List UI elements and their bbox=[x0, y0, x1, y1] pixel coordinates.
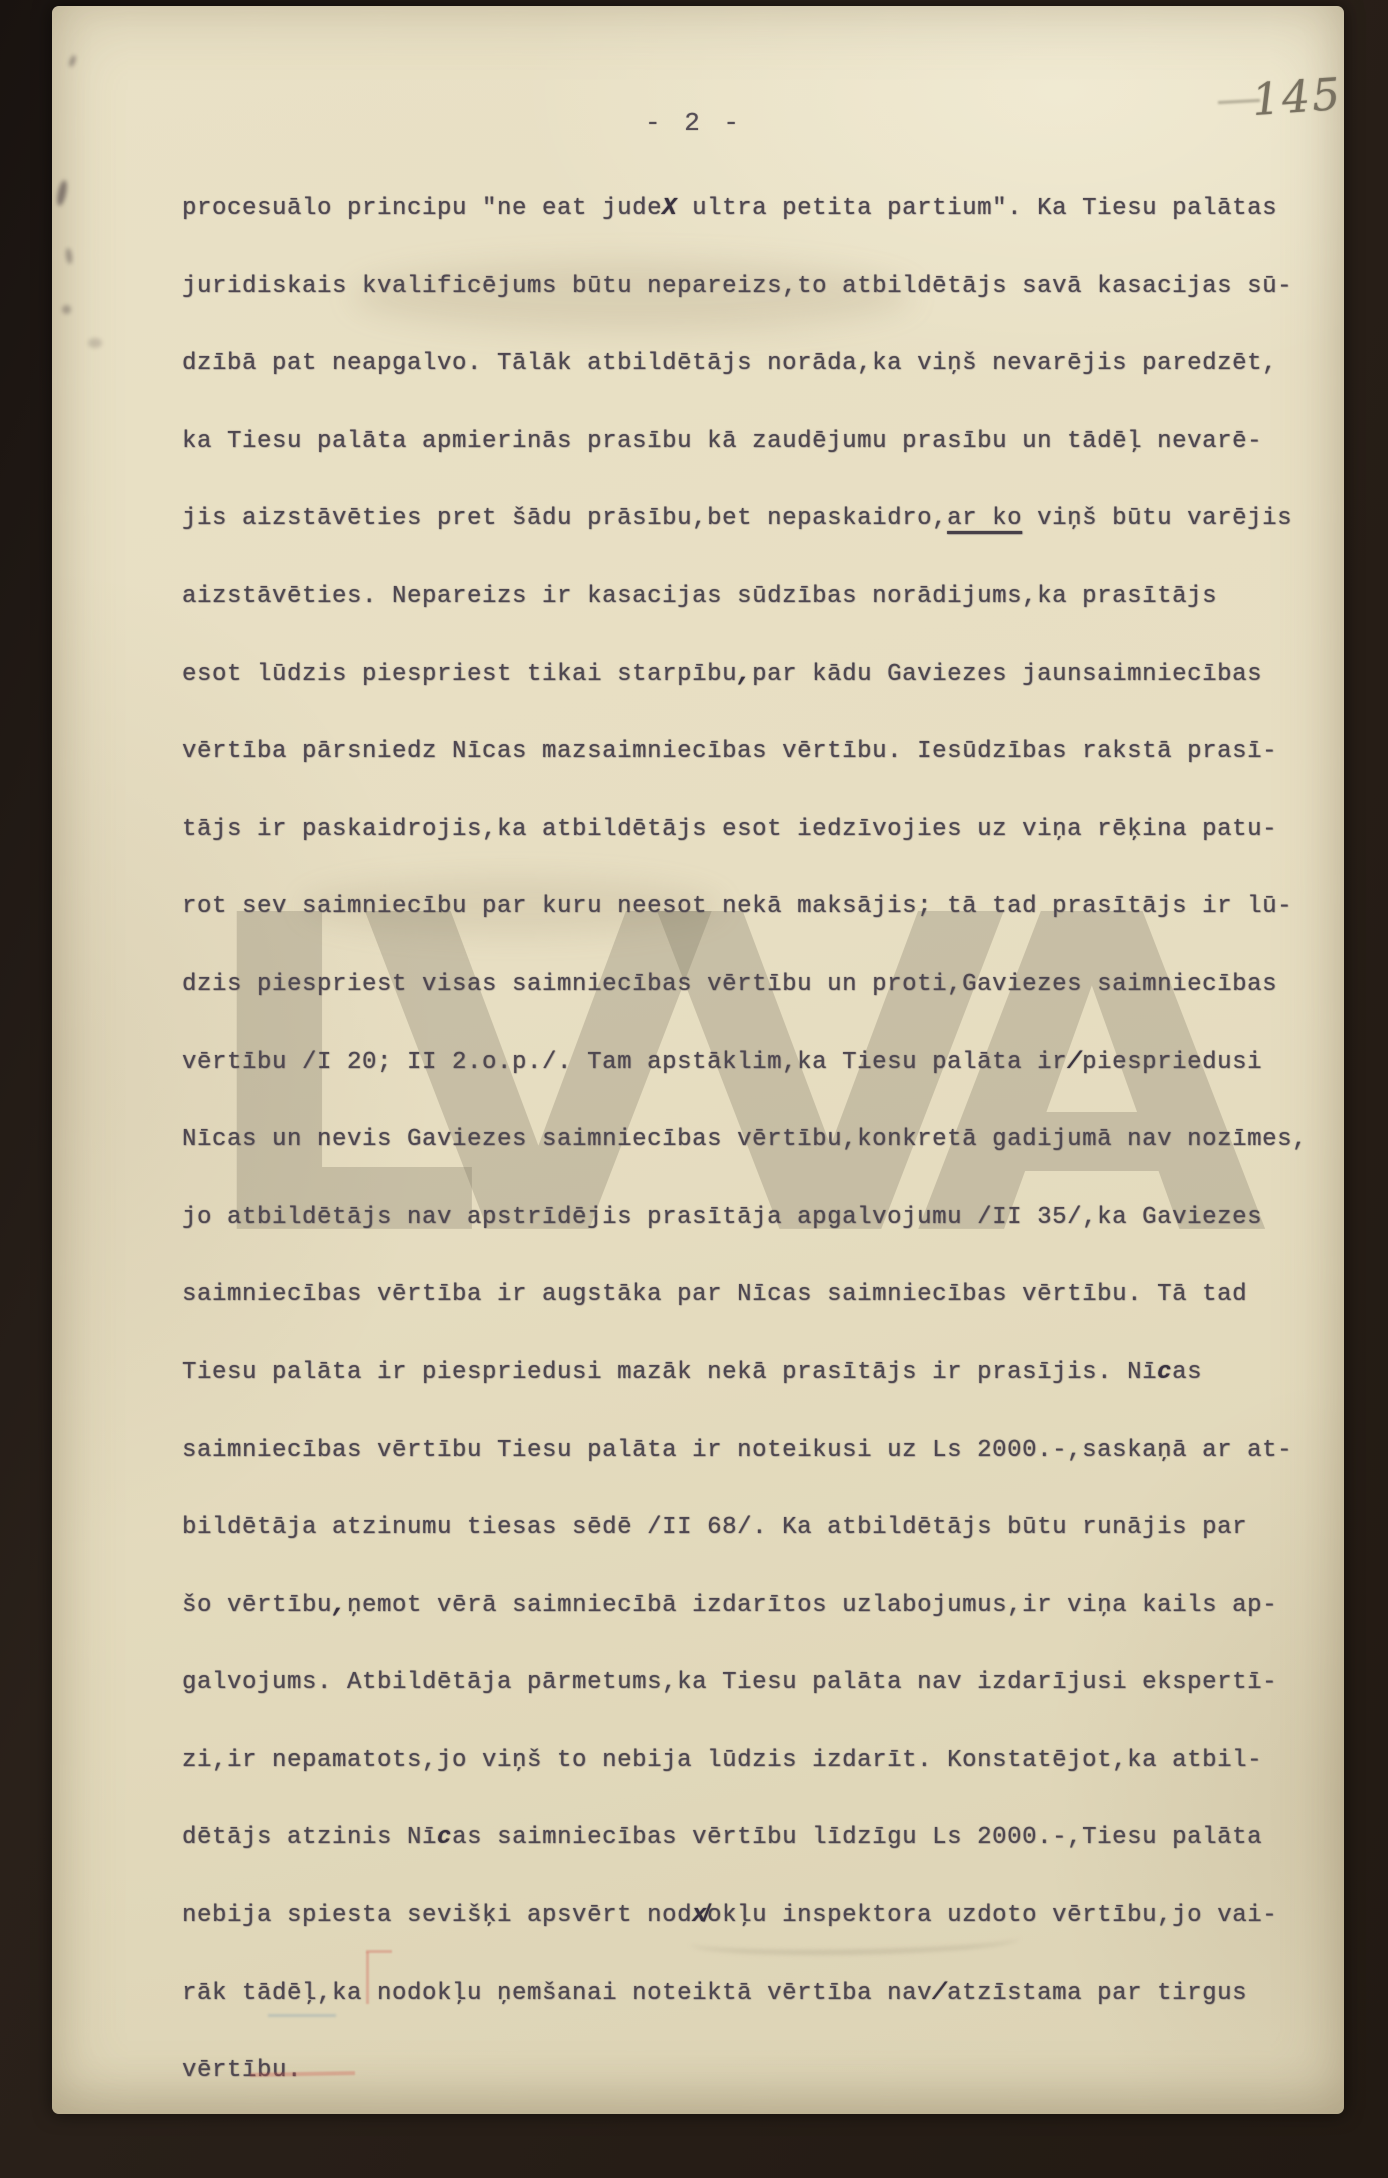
ink-smudge bbox=[88, 338, 102, 348]
typed-text: zi,ir nepamatots,jo viņš to nebija lūdzi… bbox=[182, 1747, 1262, 1774]
document-line: vērtība pārsniedz Nīcas mazsaimniecības … bbox=[182, 713, 1342, 791]
document-line: galvojums. Atbildētāja pārmetums,ka Ties… bbox=[182, 1644, 1342, 1722]
typed-text: ņemot vērā saimniecībā izdarītos uzlaboj… bbox=[347, 1592, 1277, 1619]
handwritten-correction: / bbox=[1067, 1049, 1082, 1076]
typed-text: aizstāvēties. Nepareizs ir kasacijas sūd… bbox=[182, 583, 1217, 610]
typed-text: piespriedusi bbox=[1082, 1049, 1262, 1076]
typed-text: jis aizstāvēties pret šādu prāsību,bet n… bbox=[182, 505, 947, 532]
document-line: zi,ir nepamatots,jo viņš to nebija lūdzi… bbox=[182, 1722, 1342, 1800]
typed-text: nebija spiesta sevišķi apsvērt nod bbox=[182, 1902, 692, 1929]
typed-text: ka Tiesu palāta apmierinās prasību kā za… bbox=[182, 428, 1262, 455]
typed-text: okļu inspektora uzdoto vērtību,jo vai- bbox=[707, 1902, 1277, 1929]
document-line: dzībā pat neapgalvo. Tālāk atbildētājs n… bbox=[182, 325, 1342, 403]
typed-text: vērtība pārsniedz Nīcas mazsaimniecības … bbox=[182, 738, 1277, 765]
typed-text: Nīcas un nevis Gaviezes saimniecības vēr… bbox=[182, 1126, 1307, 1153]
typed-text: atzīstama par tirgus bbox=[947, 1980, 1247, 2007]
handwritten-correction: , bbox=[332, 1592, 347, 1619]
typed-text: jo atbildētājs nav apstrīdējis prasītāja… bbox=[182, 1204, 1262, 1231]
typed-text: viņš būtu varējis bbox=[1022, 505, 1292, 532]
typed-text: dzībā pat neapgalvo. Tālāk atbildētājs n… bbox=[182, 350, 1277, 377]
document-line: jo atbildētājs nav apstrīdējis prasītāja… bbox=[182, 1179, 1342, 1257]
ink-smudge bbox=[62, 305, 71, 314]
document-line: juridiskais kvalificējums būtu nepareizs… bbox=[182, 248, 1342, 326]
typed-text: tājs ir paskaidrojis,ka atbildētājs esot… bbox=[182, 816, 1277, 843]
document-line: saimniecības vērtība ir augstāka par Nīc… bbox=[182, 1256, 1342, 1334]
scanned-document-scene: LVVA - 2 - 145 procesuālo principu "ne e… bbox=[0, 0, 1388, 2178]
document-text: procesuālo principu "ne eat judeX ultra … bbox=[182, 170, 1342, 2110]
red-pencil-mark bbox=[366, 1950, 392, 1953]
typed-text: vērtību /I 20; II 2.o.p./. Tam apstāklim… bbox=[182, 1049, 1067, 1076]
document-line: tājs ir paskaidrojis,ka atbildētājs esot… bbox=[182, 791, 1342, 869]
handwritten-correction: x̸ bbox=[692, 1902, 707, 1929]
document-line: ka Tiesu palāta apmierinās prasību kā za… bbox=[182, 403, 1342, 481]
document-line: Tiesu palāta ir piespriedusi mazāk nekā … bbox=[182, 1334, 1342, 1412]
document-line: rāk tādēļ,ka nodokļu ņemšanai noteiktā v… bbox=[182, 1955, 1342, 2033]
red-pencil-mark bbox=[366, 1952, 369, 2004]
typed-text: esot lūdzis piespriest tikai starpību bbox=[182, 661, 737, 688]
typed-text: rot sev saimniecību par kuru neesot nekā… bbox=[182, 893, 1292, 920]
document-line: vērtību /I 20; II 2.o.p./. Tam apstāklim… bbox=[182, 1024, 1342, 1102]
document-line: procesuālo principu "ne eat judeX ultra … bbox=[182, 170, 1342, 248]
handwritten-correction: / bbox=[932, 1980, 947, 2007]
handwritten-correction: X bbox=[662, 195, 677, 222]
document-line: Nīcas un nevis Gaviezes saimniecības vēr… bbox=[182, 1101, 1342, 1179]
document-line: aizstāvēties. Nepareizs ir kasacijas sūd… bbox=[182, 558, 1342, 636]
typed-text: as saimniecības vērtību līdzīgu Ls 2000.… bbox=[452, 1824, 1262, 1851]
typed-text: dzis piespriest visas saimniecības vērtī… bbox=[182, 971, 1277, 998]
typed-text: par kādu Gaviezes jaunsaimniecības bbox=[752, 661, 1262, 688]
handwritten-correction: c bbox=[437, 1824, 452, 1851]
document-line: dzis piespriest visas saimniecības vērtī… bbox=[182, 946, 1342, 1024]
typed-text: as bbox=[1172, 1359, 1202, 1386]
typed-text: Tiesu palāta ir piespriedusi mazāk nekā … bbox=[182, 1359, 1157, 1386]
document-line: saimniecības vērtību Tiesu palāta ir not… bbox=[182, 1412, 1342, 1490]
document-line: jis aizstāvēties pret šādu prāsību,bet n… bbox=[182, 480, 1342, 558]
typed-text: šo vērtību bbox=[182, 1592, 332, 1619]
document-line: esot lūdzis piespriest tikai starpību,pa… bbox=[182, 636, 1342, 714]
typed-text: bildētāja atzinumu tiesas sēdē /II 68/. … bbox=[182, 1514, 1247, 1541]
typed-text: galvojums. Atbildētāja pārmetums,ka Ties… bbox=[182, 1669, 1277, 1696]
typed-text: saimniecības vērtība ir augstāka par Nīc… bbox=[182, 1281, 1247, 1308]
blue-pencil-mark bbox=[268, 2014, 336, 2017]
typed-text: rāk tādēļ,ka nodokļu ņemšanai noteiktā v… bbox=[182, 1980, 932, 2007]
document-line: rot sev saimniecību par kuru neesot nekā… bbox=[182, 868, 1342, 946]
typed-text: procesuālo principu "ne eat jude bbox=[182, 195, 662, 222]
typed-text: dētājs atzinis Nī bbox=[182, 1824, 437, 1851]
typed-text: ultra petita partium". Ka Tiesu palātas bbox=[677, 195, 1277, 222]
typed-text: juridiskais kvalificējums būtu nepareizs… bbox=[182, 273, 1292, 300]
underlined-text: ar ko bbox=[947, 505, 1022, 532]
handwritten-correction: , bbox=[737, 661, 752, 688]
document-line: dētājs atzinis Nīcas saimniecības vērtīb… bbox=[182, 1799, 1342, 1877]
typed-text: vērtību. bbox=[182, 2057, 302, 2084]
folio-number: 145 bbox=[1250, 69, 1343, 126]
page-number: - 2 - bbox=[0, 108, 1388, 138]
typed-text: saimniecības vērtību Tiesu palāta ir not… bbox=[182, 1437, 1292, 1464]
document-line: vērtību. bbox=[182, 2032, 1342, 2110]
handwritten-correction: c bbox=[1157, 1359, 1172, 1386]
document-line: bildētāja atzinumu tiesas sēdē /II 68/. … bbox=[182, 1489, 1342, 1567]
document-line: šo vērtību,ņemot vērā saimniecībā izdarī… bbox=[182, 1567, 1342, 1645]
